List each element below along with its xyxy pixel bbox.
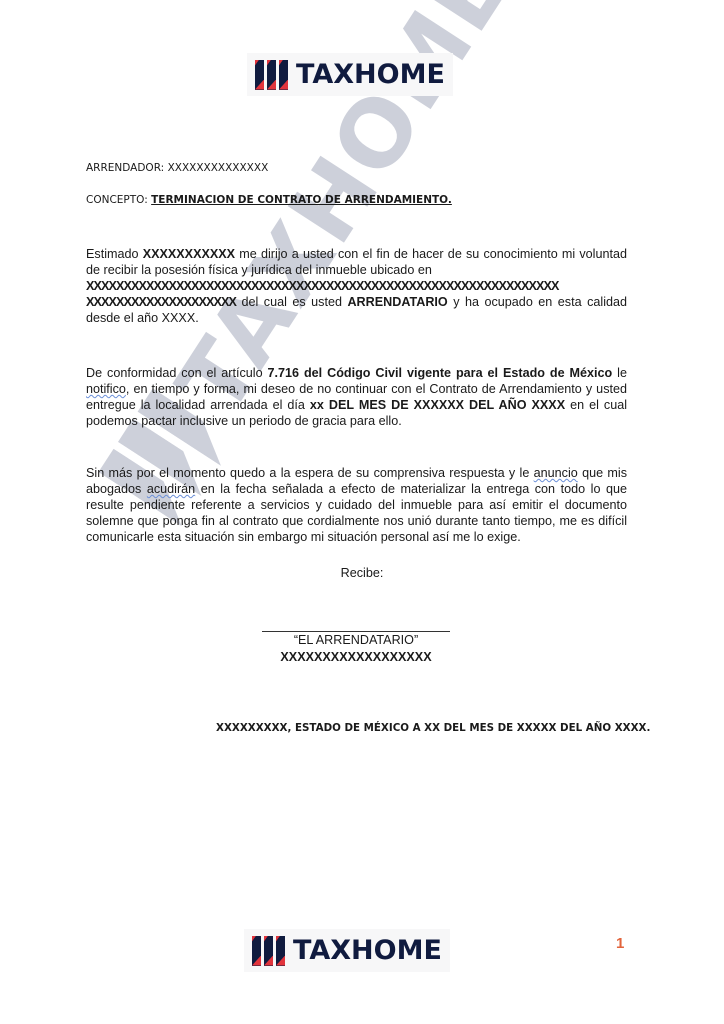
brand-name: TAXHOME [296,59,445,90]
signature-line [262,631,450,632]
delivery-date: xx DEL MES DE XXXXXX DEL AÑO XXXX [310,398,565,412]
concept-label: CONCEPTO: [86,194,148,206]
signature-name: XXXXXXXXXXXXXXXXXX [0,650,712,664]
concept-line: CONCEPTO: TERMINACION DE CONTRATO DE ARR… [86,192,627,208]
text: del cual es usted [236,295,347,309]
role: ARRENDATARIO [347,295,447,309]
concept-value: TERMINACION DE CONTRATO DE ARRENDAMIENTO… [151,194,452,206]
text: Sin más por el momento quedo a la espera… [86,466,534,480]
text: le [612,366,627,380]
recipient-name: XXXXXXXXXXX [143,247,235,261]
law-reference: 7.716 del Código Civil vigente para el E… [268,366,613,380]
place-and-date: XXXXXXXXX, ESTADO DE MÉXICO A XX DEL MES… [216,722,650,734]
spellcheck-word: acudirán [147,482,195,496]
address-line-1: XXXXXXXXXXXXXXXXXXXXXXXXXXXXXXXXXXXXXXXX… [86,278,627,294]
lessor-line: ARRENDADOR: XXXXXXXXXXXXXX [86,160,627,176]
page-number: 1 [616,935,624,952]
text: De conformidad con el artículo [86,366,268,380]
header-logo: TAXHOME [247,53,453,96]
spellcheck-word: notifico [86,382,126,396]
paragraph-2: De conformidad con el artículo 7.716 del… [86,365,627,429]
lessor-label: ARRENDADOR: [86,162,164,174]
taxhome-logo-icon [252,936,285,966]
text: Estimado [86,247,143,261]
paragraph-3: Sin más por el momento quedo a la espera… [86,465,627,545]
address-line-2: XXXXXXXXXXXXXXXXXXXX [86,295,236,309]
brand-name: TAXHOME [293,935,442,966]
recibe-label: Recibe: [0,566,724,580]
lessor-value: XXXXXXXXXXXXXX [168,162,269,174]
footer-logo: TAXHOME [244,929,450,972]
signature-role: “EL ARRENDATARIO” [0,633,712,647]
taxhome-logo-icon [255,60,288,90]
spellcheck-word: anuncio [534,466,578,480]
paragraph-1: Estimado XXXXXXXXXXX me dirijo a usted c… [86,246,627,326]
